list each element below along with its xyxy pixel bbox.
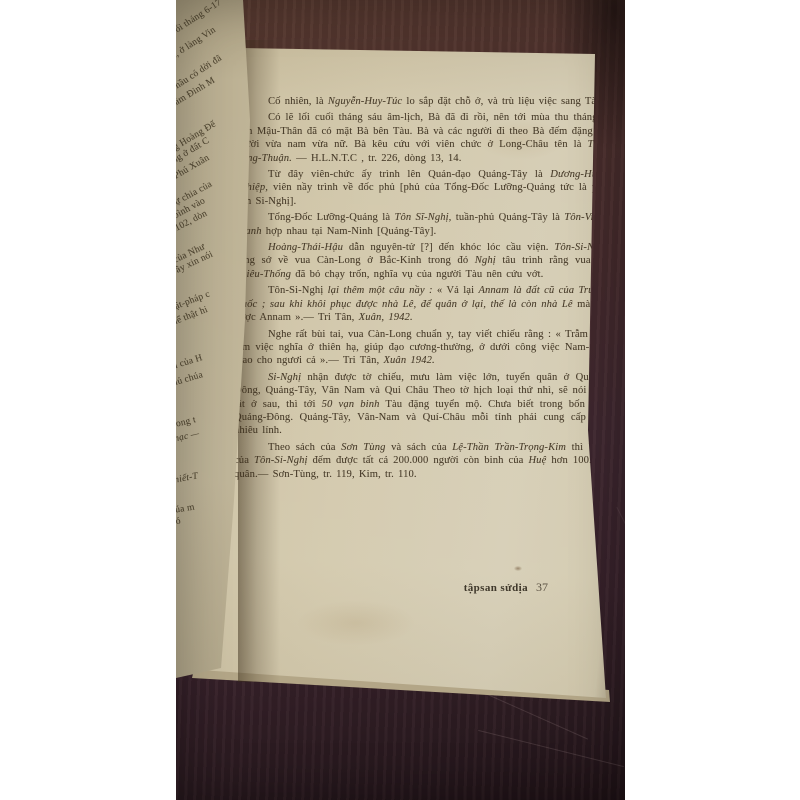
italic-text-run: Nguyễn-Huy-Túc xyxy=(328,96,402,107)
text-run: viên nầy trình về đốc phủ [phủ của Tổng-… xyxy=(234,182,608,206)
text-run: đã bỏ chạy trốn, nghĩa vụ của người Tàu … xyxy=(291,269,543,280)
text-run: dẫn nguyên-tử [?] đến khóc lóc cầu viện. xyxy=(343,242,554,253)
text-run: lo sắp đặt chỗ ở, và trù liệu việc sang … xyxy=(402,96,604,107)
text-run: và sách của xyxy=(386,442,453,453)
page-fragment: trong t xyxy=(176,415,197,431)
white-backdrop: Cố nhiên, là Nguyễn-Huy-Túc lo sắp đặt c… xyxy=(0,0,800,800)
text-run: tâu trình rằng vua xyxy=(496,255,597,266)
italic-text-run: Huệ xyxy=(528,455,546,466)
paper-speck xyxy=(514,566,522,571)
text-run: Tổng-Đốc Lưỡng-Quảng là xyxy=(268,212,394,223)
paragraph: Si-Nghị nhận được tờ chiếu, mưu làm việc… xyxy=(234,371,608,438)
text-run: đếm được tất cả 200.000 người còn binh c… xyxy=(308,455,529,466)
italic-text-run: 50 vạn binh xyxy=(322,399,380,410)
text-run: — H.L.N.T.C , tr. 226, dòng 13, 14. xyxy=(292,153,462,164)
page-fragment: ối tháng 6-17 xyxy=(176,0,223,35)
italic-text-run: lại thêm một câu nầy : xyxy=(328,285,433,296)
page-text-column: Cố nhiên, là Nguyễn-Huy-Túc lo sắp đặt c… xyxy=(234,95,608,484)
italic-text-run: Lệ-Thần Trần-Trọng-Kim xyxy=(452,442,566,453)
journal-name: tậpsan sửdịa xyxy=(464,582,528,594)
italic-text-run: Xuân, 1942. xyxy=(359,312,413,323)
text-run: Từ đây viên-chức ấy trình lên Quản-đạo Q… xyxy=(268,169,550,180)
paragraph: Hoàng-Thái-Hậu dẫn nguyên-tử [?] đến khó… xyxy=(234,241,608,281)
paper-stain xyxy=(296,600,416,646)
italic-text-run: Sơn Tùng xyxy=(341,442,385,453)
italic-text-run: Tôn Sĩ-Nghị, xyxy=(394,212,451,223)
paragraph: Cố nhiên, là Nguyễn-Huy-Túc lo sắp đặt c… xyxy=(234,95,608,108)
italic-text-run: Nghị xyxy=(475,255,496,266)
text-run: Có lẽ lối cuối tháng sáu âm-lịch, Bà đã … xyxy=(234,112,608,150)
italic-text-run: Xuân 1942. xyxy=(383,355,434,366)
paragraph: Tôn-Si-Nghị lại thêm một câu nầy : « Vả … xyxy=(234,284,608,324)
page-fragment: Nhạc — xyxy=(176,429,200,446)
page-number: 37 xyxy=(536,580,548,594)
page-fragment: chúa m xyxy=(176,503,195,517)
paragraph: Có lẽ lối cuối tháng sáu âm-lịch, Bà đã … xyxy=(234,111,608,165)
paragraph: Theo sách của Sơn Tùng và sách của Lệ-Th… xyxy=(234,441,608,481)
text-run: « Vả lại xyxy=(433,285,479,296)
paragraph: Tổng-Đốc Lưỡng-Quảng là Tôn Sĩ-Nghị, tuầ… xyxy=(234,211,608,238)
page-fragment: phủ chúa xyxy=(176,370,204,390)
text-run: hợp nhau tại Nam-Ninh [Quảng-Tây]. xyxy=(262,226,437,237)
paragraph: Nghe rất bùi tai, vua Càn-Long chuẩn y, … xyxy=(234,328,608,368)
page-fragment: Chiết-T xyxy=(176,471,199,487)
book-photo: Cố nhiên, là Nguyễn-Huy-Túc lo sắp đặt c… xyxy=(176,0,625,800)
page-fragment: u có xyxy=(176,516,181,529)
journal-footer: tậpsan sửdịa 37 xyxy=(416,578,548,596)
text-run: tuần-phủ Quảng-Tây là xyxy=(451,212,564,223)
paragraph: Từ đây viên-chức ấy trình lên Quản-đạo Q… xyxy=(234,168,608,208)
